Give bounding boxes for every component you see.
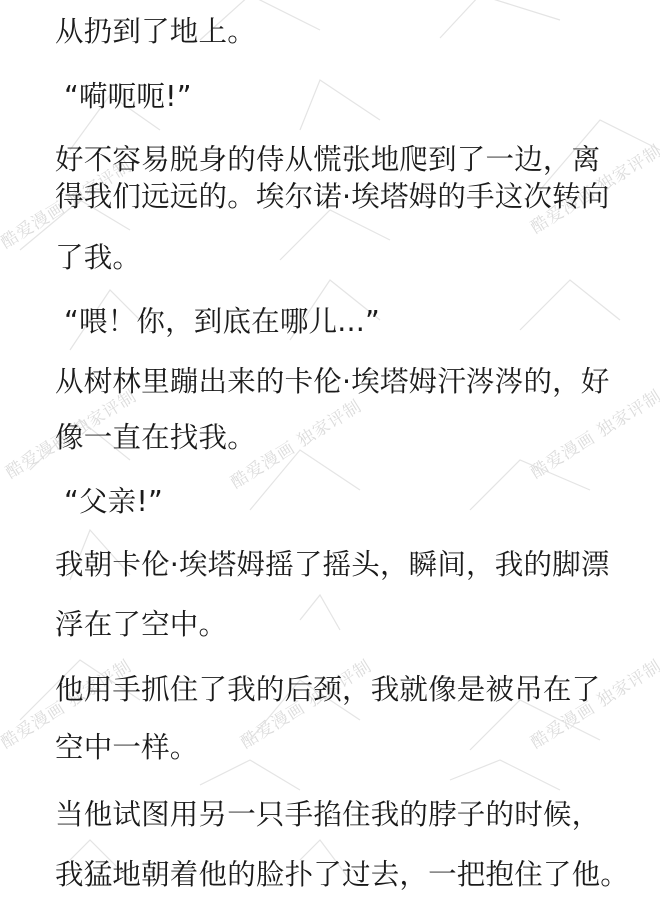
text-line: 我朝卡伦·埃塔姆摇了摇头，瞬间，我的脚漂 [55,548,610,582]
text-line: 我猛地朝着他的脸扑了过去，一把抱住了他。 [55,858,629,892]
text-line: 好不容易脱身的侍从慌张地爬到了一边，离 [55,143,600,177]
text-line: 空中一样。 [55,731,199,765]
text-page: 酷爱漫画 独家评制 酷爱漫画 独家评制 酷爱漫画 独家评制 酷爱漫画 独家评制 … [0,0,660,897]
text-line: 从树林里蹦出来的卡伦·埃塔姆汗涔涔的，好 [55,365,610,399]
text-line: 得我们远远的。埃尔诺·埃塔姆的手这次转向 [55,180,610,214]
dialogue-line: “喂！你，到底在哪儿...” [64,305,380,339]
dialogue-line: “嗬呃呃!” [64,80,192,114]
text-line: 他用手抓住了我的后颈，我就像是被吊在了 [55,673,600,707]
dialogue-line: “父亲!” [64,485,163,519]
text-line: 浮在了空中。 [55,608,227,642]
text-line: 了我。 [55,241,141,275]
text-line: 从扔到了地上。 [55,15,256,49]
text-line: 像一直在找我。 [55,421,256,455]
text-line: 当他试图用另一只手掐住我的脖子的时候， [55,798,600,832]
